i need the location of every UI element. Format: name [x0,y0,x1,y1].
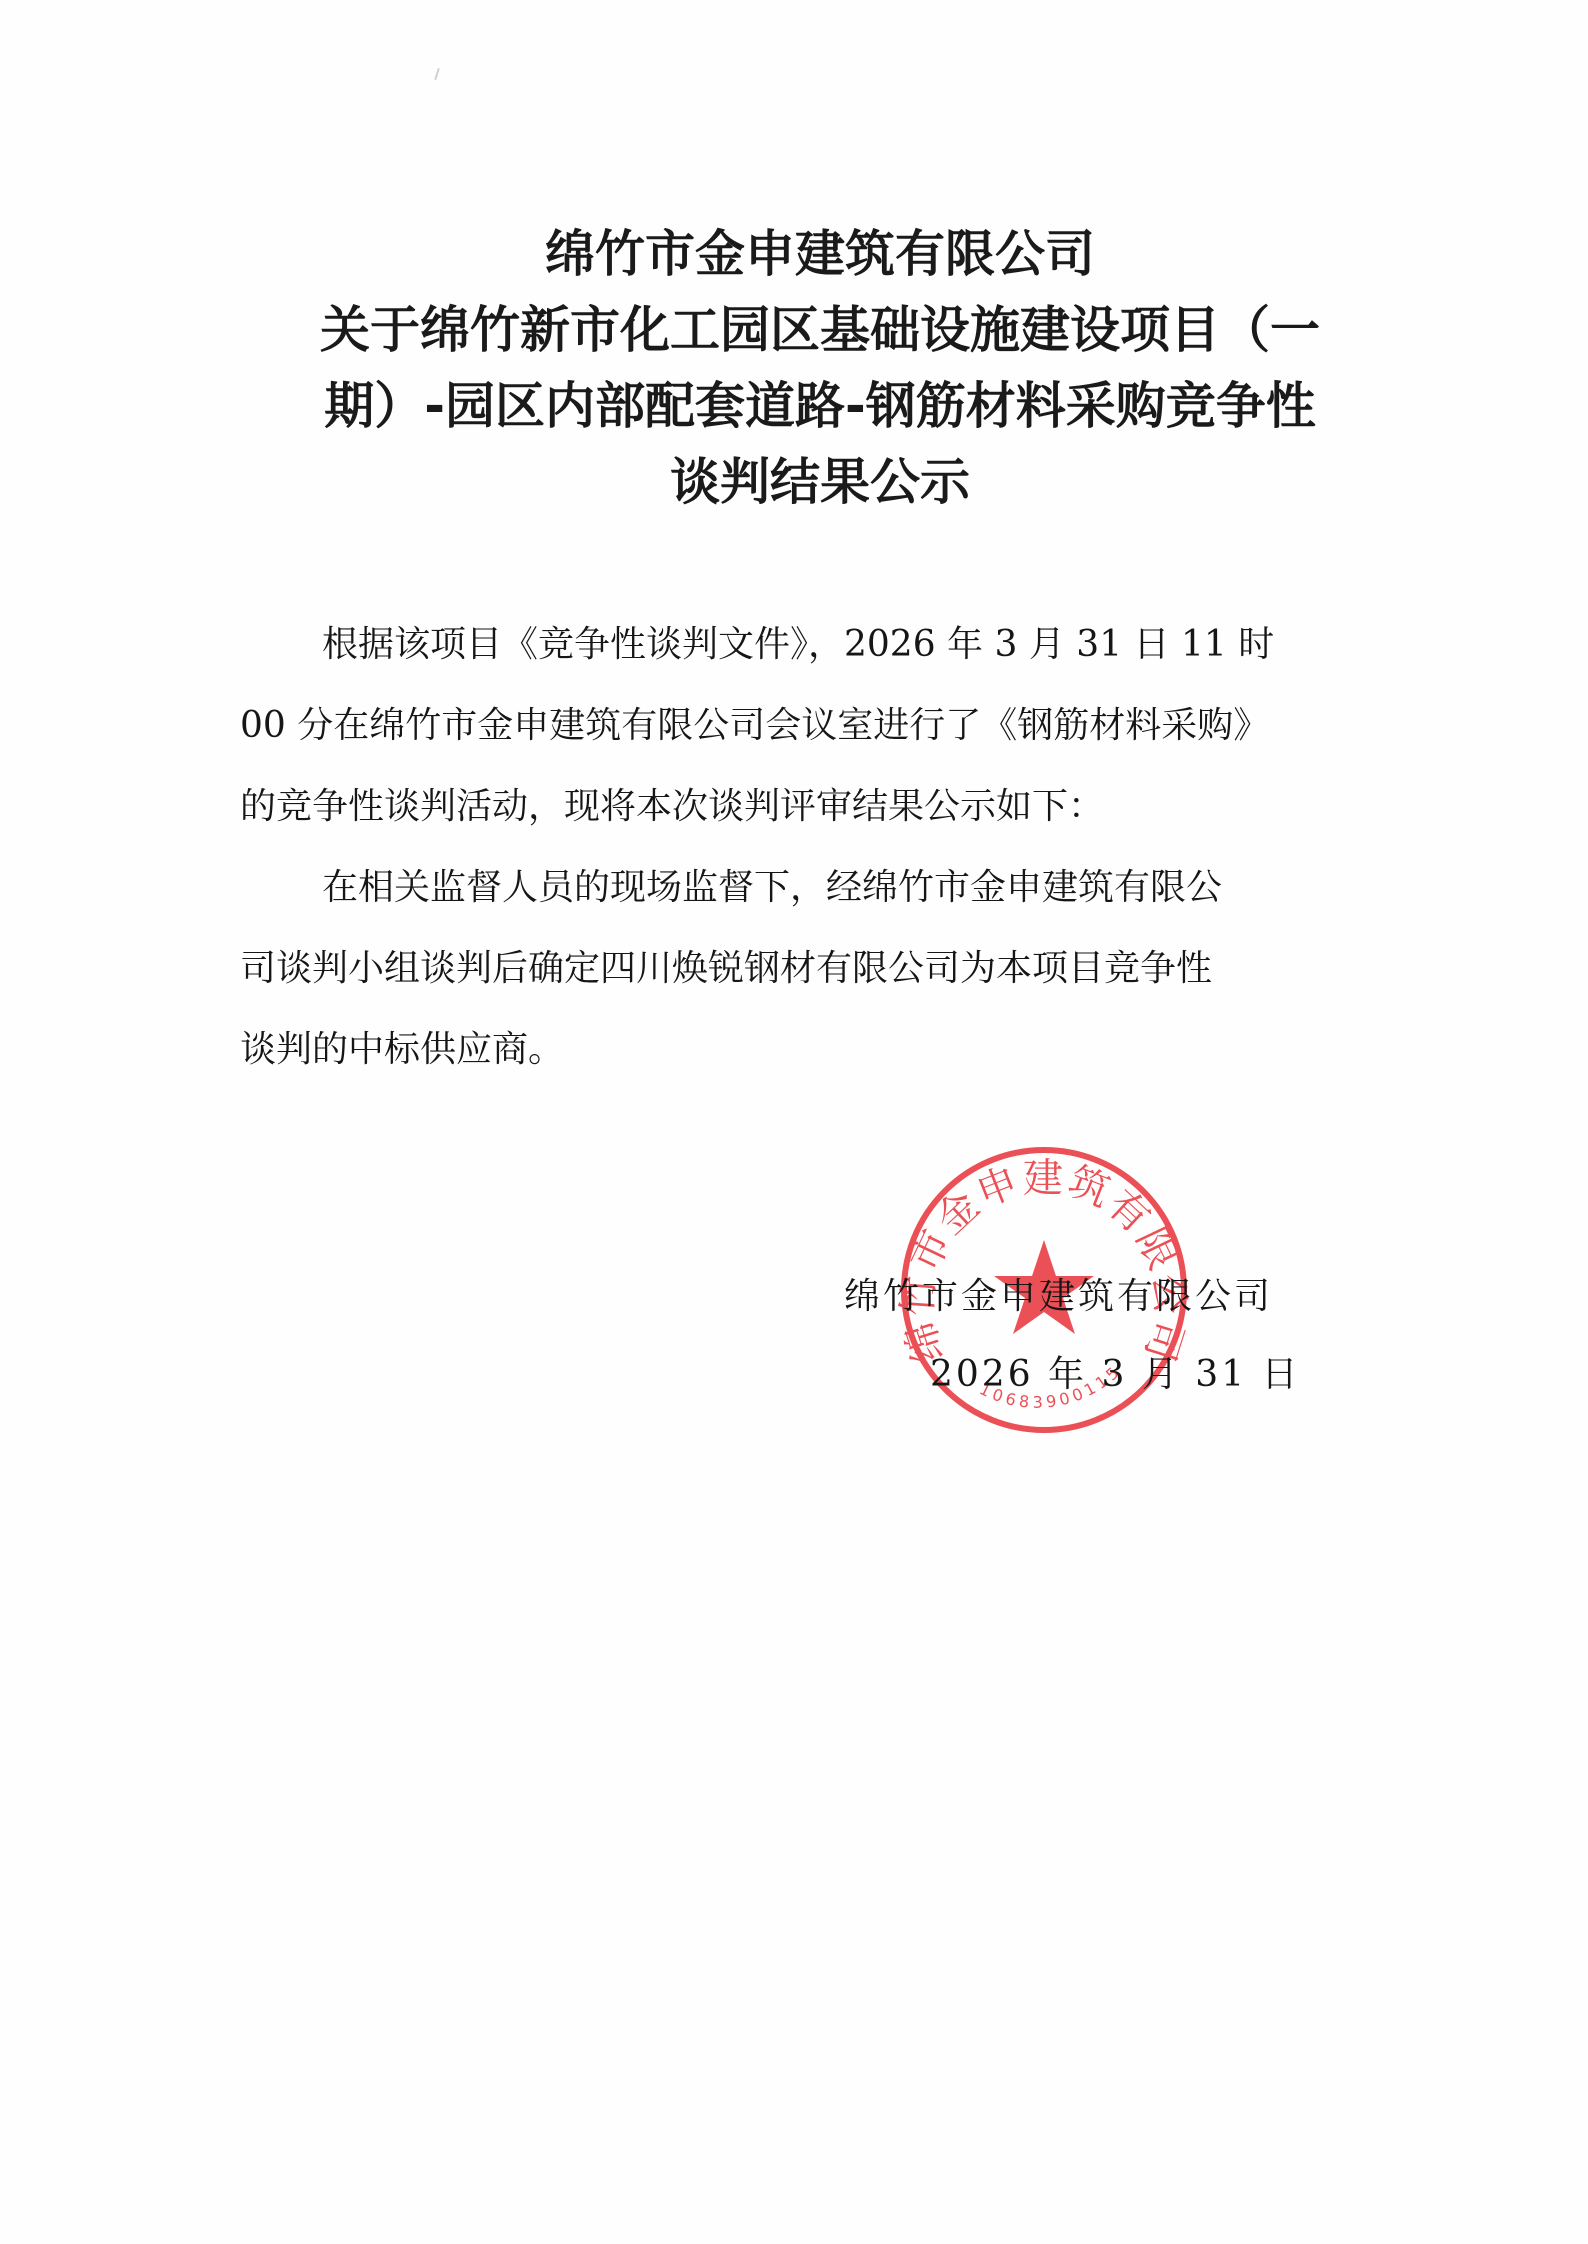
document-title: 绵竹市金申建筑有限公司 关于绵竹新市化工园区基础设施建设项目（一 期）-园区内部… [230,216,1410,520]
paragraph-result: 在相关监督人员的现场监督下，经绵竹市金申建筑有限公 司谈判小组谈判后确定四川焕锐… [240,847,1390,1090]
title-line-result: 谈判结果公示 [230,444,1410,520]
document-body: 根据该项目《竞争性谈判文件》，2026 年 3 月 31 日 11 时 00 分… [240,604,1390,1090]
signature-company: 绵竹市金申建筑有限公司 [844,1268,1273,1319]
body-line: 根据该项目《竞争性谈判文件》，2026 年 3 月 31 日 11 时 [240,604,1390,685]
signature-date: 2026 年 3 月 31 日 [930,1346,1301,1397]
body-line: 司谈判小组谈判后确定四川焕锐钢材有限公司为本项目竞争性 [240,928,1390,1009]
body-line: 在相关监督人员的现场监督下，经绵竹市金申建筑有限公 [240,847,1390,928]
title-line-company: 绵竹市金申建筑有限公司 [230,216,1410,292]
scan-artifact [434,68,440,80]
title-line-project-2: 期）-园区内部配套道路-钢筋材料采购竞争性 [230,368,1410,444]
body-line: 00 分在绵竹市金申建筑有限公司会议室进行了《钢筋材料采购》 [240,685,1390,766]
body-line: 的竞争性谈判活动，现将本次谈判评审结果公示如下： [240,766,1390,847]
document-page: 绵竹市金申建筑有限公司 关于绵竹新市化工园区基础设施建设项目（一 期）-园区内部… [0,0,1588,2244]
body-line: 谈判的中标供应商。 [240,1009,1390,1090]
paragraph-negotiation-info: 根据该项目《竞争性谈判文件》，2026 年 3 月 31 日 11 时 00 分… [240,604,1390,847]
title-line-project-1: 关于绵竹新市化工园区基础设施建设项目（一 [230,292,1410,368]
